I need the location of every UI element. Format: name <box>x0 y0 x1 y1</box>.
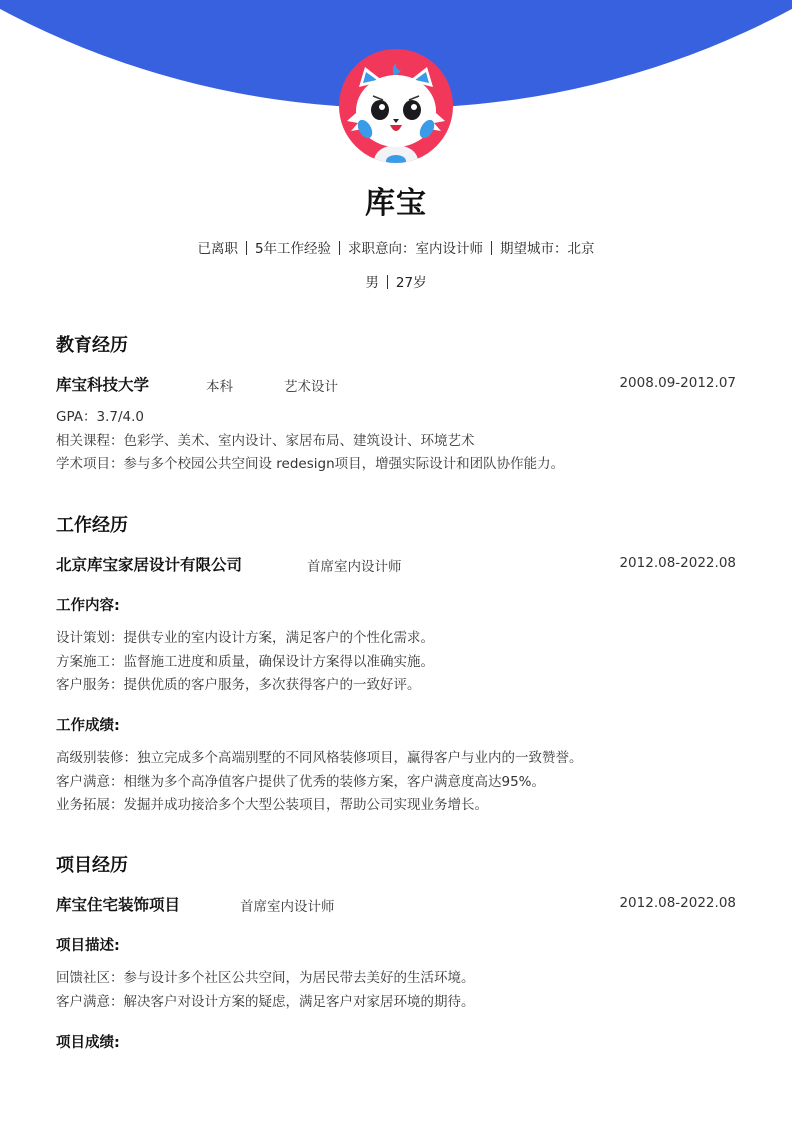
work-achievements-title: 工作成绩: <box>56 714 120 735</box>
degree: 本科 <box>206 375 233 395</box>
list-item: 高级别装修：独立完成多个高端别墅的不同风格装修项目，赢得客户与业内的一致赞誉。 <box>56 747 583 771</box>
divider <box>491 241 492 255</box>
work-achievements-list: 高级别装修：独立完成多个高端别墅的不同风格装修项目，赢得客户与业内的一致赞誉。 … <box>56 747 583 818</box>
education-entry-header: 库宝科技大学 本科 艺术设计 2008.09-2012.07 <box>56 373 736 395</box>
project-results-title: 项目成绩: <box>56 1031 120 1052</box>
divider <box>387 275 388 289</box>
education-details: GPA：3.7/4.0 相关课程：色彩学、美术、室内设计、家居布局、建筑设计、环… <box>56 406 564 477</box>
education-date: 2008.09-2012.07 <box>619 375 736 391</box>
divider <box>339 241 340 255</box>
list-item: 客户服务：提供优质的客户服务，多次获得客户的一致好评。 <box>56 674 434 698</box>
list-item: 方案施工：监督施工进度和质量，确保设计方案得以准确实施。 <box>56 651 434 675</box>
avatar <box>339 49 453 163</box>
gender: 男 <box>365 275 379 291</box>
candidate-meta-line-2: 男27岁 <box>0 271 792 291</box>
candidate-name: 库宝 <box>0 178 792 222</box>
cartoon-cat-avatar-icon <box>339 49 453 163</box>
divider <box>246 241 247 255</box>
company-name: 北京库宝家居设计有限公司 <box>56 553 242 575</box>
project-description-list: 回馈社区：参与设计多个社区公共空间，为居民带去美好的生活环境。 客户满意：解决客… <box>56 967 475 1014</box>
list-item: 客户满意：相继为多个高净值客户提供了优秀的装修方案，客户满意度高达95%。 <box>56 771 583 795</box>
school-name: 库宝科技大学 <box>56 373 149 395</box>
job-position: 首席室内设计师 <box>307 555 402 575</box>
section-title-education: 教育经历 <box>56 331 128 357</box>
job-intention: 求职意向：室内设计师 <box>348 241 483 257</box>
project-description-title: 项目描述: <box>56 934 120 955</box>
list-item: 客户满意：解决客户对设计方案的疑虑，满足客户对家居环境的期待。 <box>56 991 475 1015</box>
desired-city: 期望城市：北京 <box>500 241 595 257</box>
major: 艺术设计 <box>284 375 338 395</box>
work-content-list: 设计策划：提供专业的室内设计方案，满足客户的个性化需求。 方案施工：监督施工进度… <box>56 627 434 698</box>
project-name: 库宝住宅装饰项目 <box>56 893 180 915</box>
project-entry-header: 库宝住宅装饰项目 首席室内设计师 2012.08-2022.08 <box>56 893 736 915</box>
list-item: 回馈社区：参与设计多个社区公共空间，为居民带去美好的生活环境。 <box>56 967 475 991</box>
employment-status: 已离职 <box>197 241 238 257</box>
work-date: 2012.08-2022.08 <box>619 555 736 571</box>
section-title-work: 工作经历 <box>56 511 128 537</box>
work-content-title: 工作内容: <box>56 594 120 615</box>
experience-years: 5年工作经验 <box>255 241 331 257</box>
gpa: GPA：3.7/4.0 <box>56 406 564 430</box>
section-title-project: 项目经历 <box>56 851 128 877</box>
list-item: 设计策划：提供专业的室内设计方案，满足客户的个性化需求。 <box>56 627 434 651</box>
list-item: 业务拓展：发掘并成功接洽多个大型公装项目，帮助公司实现业务增长。 <box>56 794 583 818</box>
academic-project: 学术项目：参与多个校园公共空间设 redesign项目，增强实际设计和团队协作能… <box>56 453 564 477</box>
project-role: 首席室内设计师 <box>240 895 335 915</box>
candidate-meta-line-1: 已离职5年工作经验求职意向：室内设计师期望城市：北京 <box>0 237 792 257</box>
work-entry-header: 北京库宝家居设计有限公司 首席室内设计师 2012.08-2022.08 <box>56 553 736 575</box>
age: 27岁 <box>396 275 427 291</box>
project-date: 2012.08-2022.08 <box>619 895 736 911</box>
courses: 相关课程：色彩学、美术、室内设计、家居布局、建筑设计、环境艺术 <box>56 430 564 454</box>
